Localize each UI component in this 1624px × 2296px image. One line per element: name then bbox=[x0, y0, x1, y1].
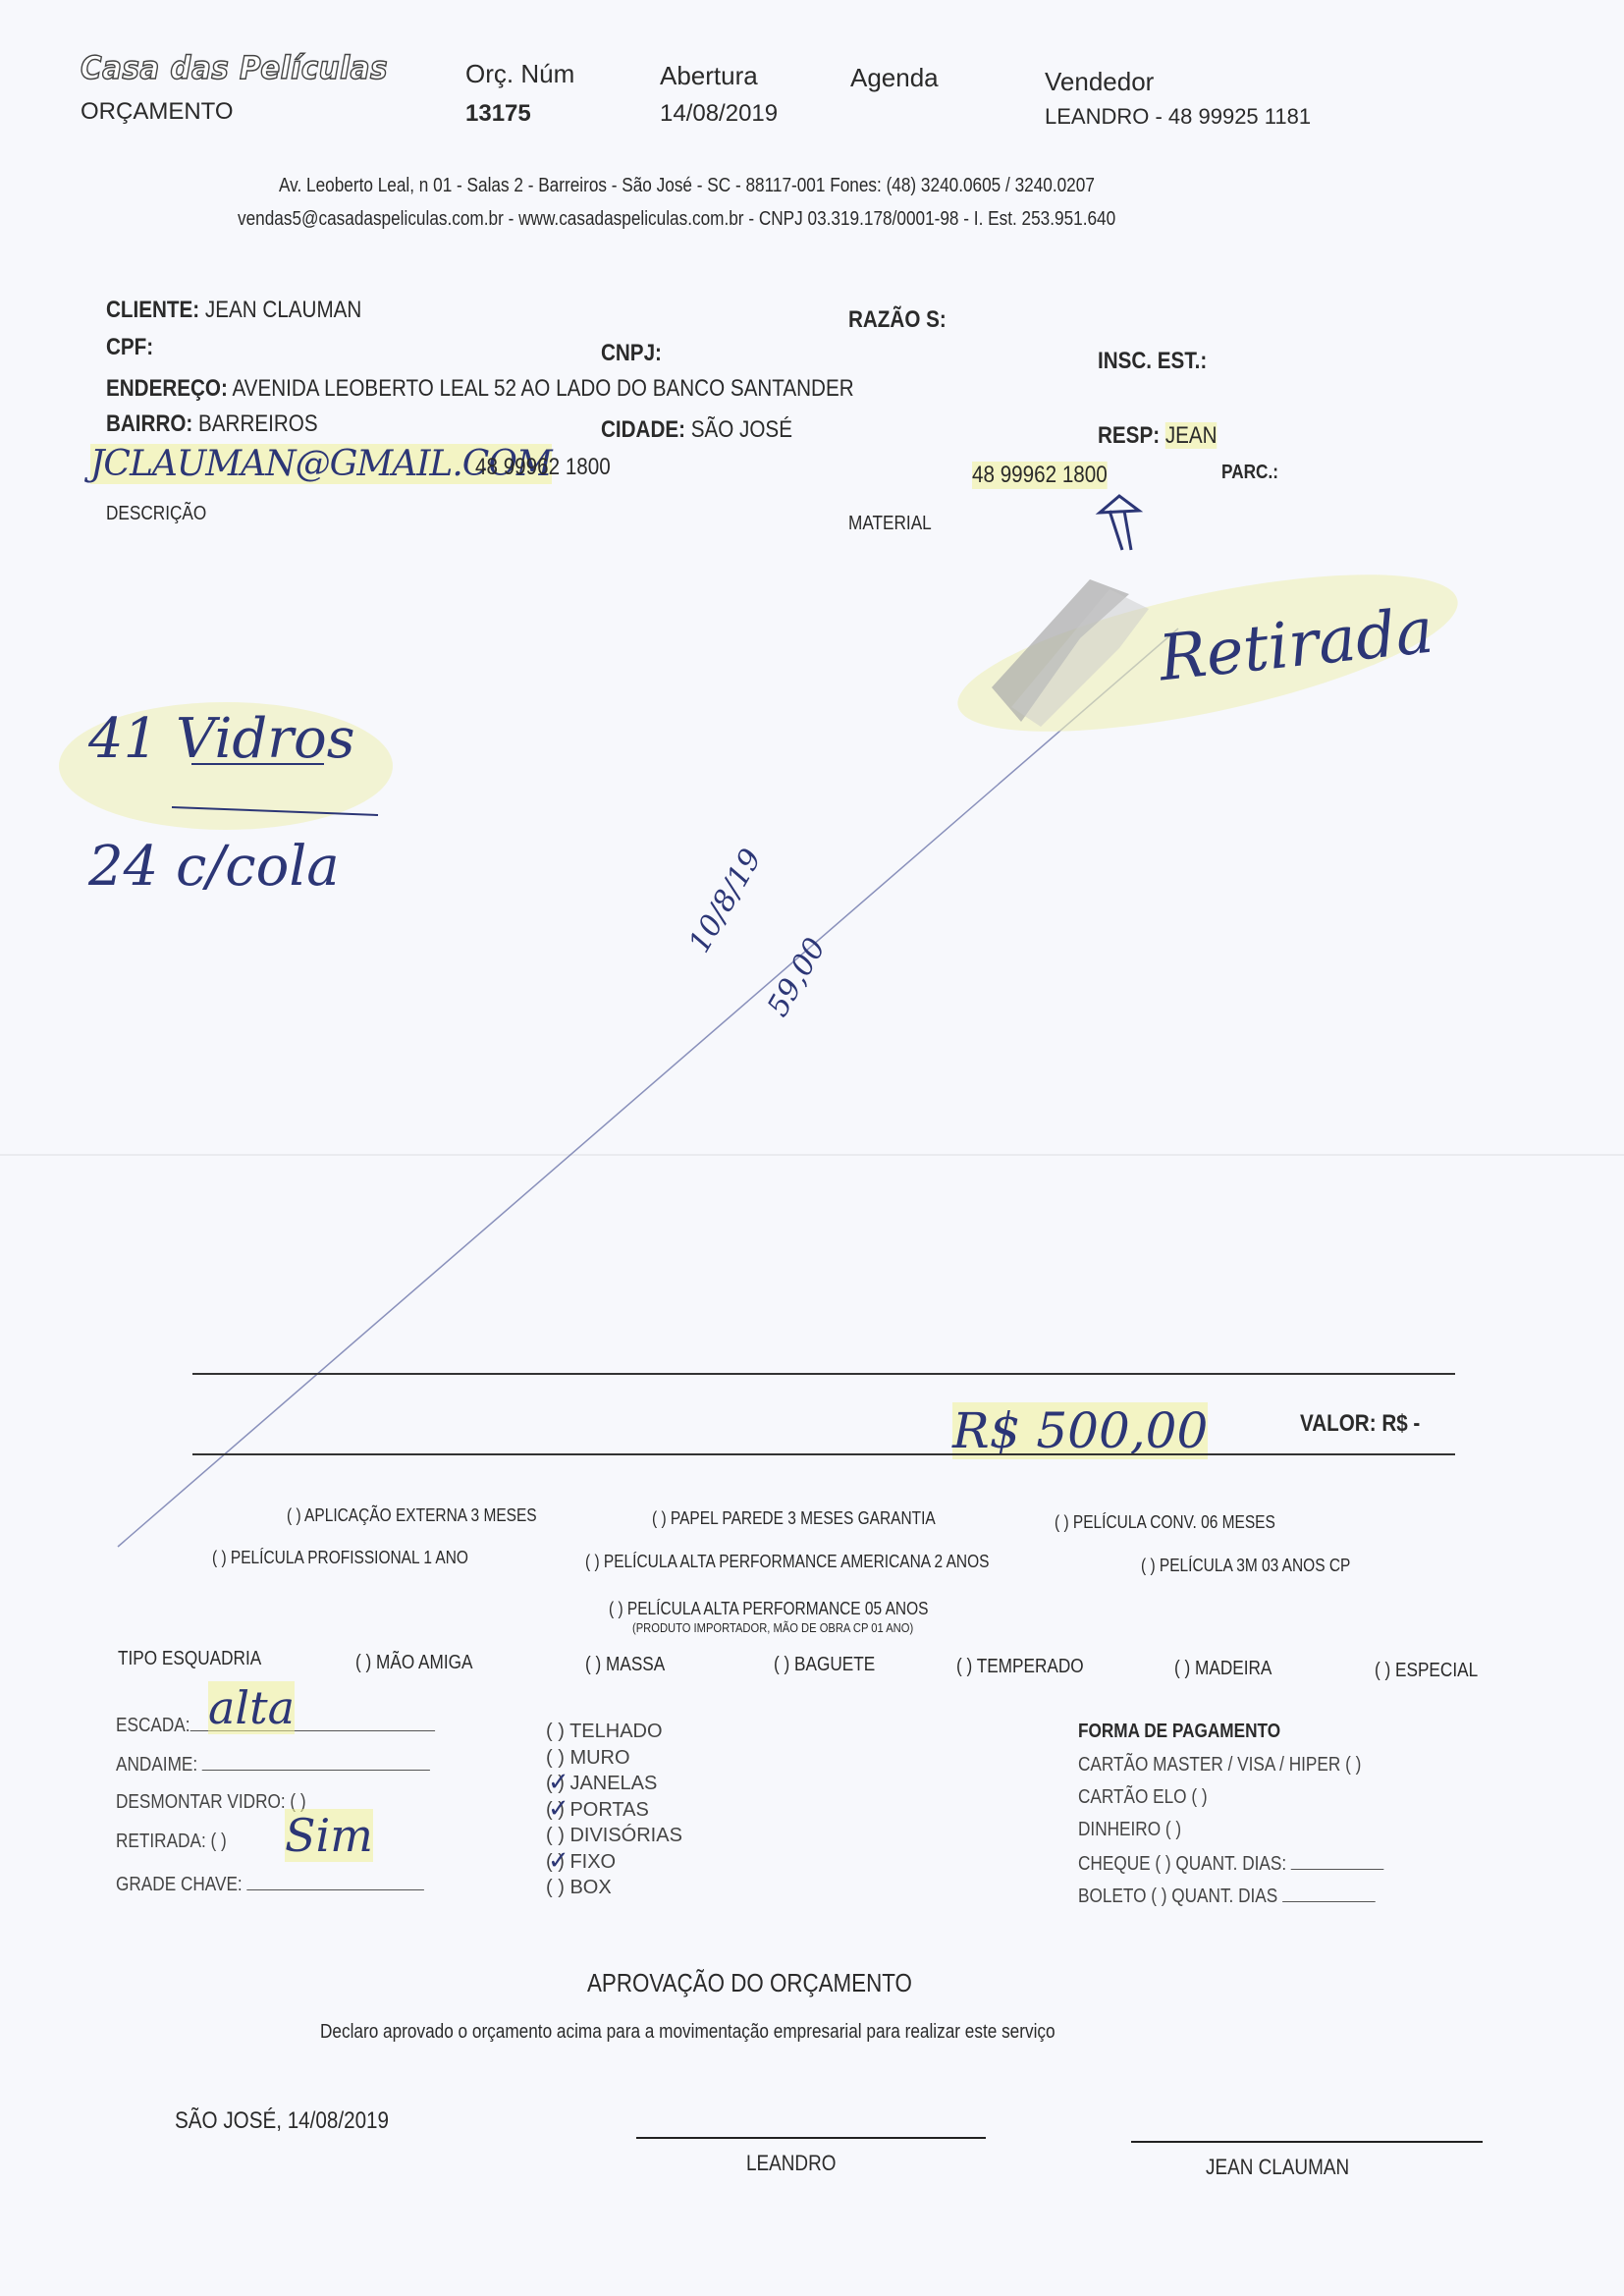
endereco-field: ENDEREÇO: AVENIDA LEOBERTO LEAL 52 AO LA… bbox=[106, 375, 854, 403]
local-fixo[interactable]: ( ) ✓FIXO bbox=[546, 1851, 616, 1874]
desc-line-2: 24 c/cola bbox=[88, 835, 340, 899]
service-pelicula-alta-05-note: (PRODUTO IMPORTADOR, MÃO DE OBRA CP 01 A… bbox=[632, 1620, 913, 1635]
phone-1: 48 99962 1800 bbox=[475, 454, 611, 481]
abertura-date: 14/08/2019 bbox=[660, 100, 778, 128]
local-label: JANELAS bbox=[569, 1773, 657, 1794]
retirada-field[interactable]: RETIRADA: ( ) bbox=[116, 1831, 227, 1853]
pagamento-cartao-elo[interactable]: CARTÃO ELO ( ) bbox=[1078, 1786, 1208, 1809]
resp-value: JEAN bbox=[1165, 422, 1218, 449]
bairro-field: BAIRRO: BARREIROS bbox=[106, 410, 318, 438]
service-pelicula-profissional[interactable]: ( ) PELÍCULA PROFISSIONAL 1 ANO bbox=[212, 1548, 468, 1568]
endereco-label: ENDEREÇO: bbox=[106, 375, 228, 402]
escada-handwritten: alta bbox=[208, 1681, 295, 1734]
esquadria-massa[interactable]: ( ) MASSA bbox=[585, 1654, 665, 1676]
local-box[interactable]: ( ) BOX bbox=[546, 1877, 612, 1899]
local-portas[interactable]: ( ) ✓PORTAS bbox=[546, 1799, 649, 1822]
company-address: Av. Leoberto Leal, n 01 - Salas 2 - Barr… bbox=[279, 175, 1095, 197]
cidade-label: CIDADE: bbox=[601, 416, 685, 443]
local-telhado[interactable]: ( ) TELHADO bbox=[546, 1721, 663, 1743]
service-pelicula-conv[interactable]: ( ) PELÍCULA CONV. 06 MESES bbox=[1055, 1512, 1275, 1533]
local-label: BOX bbox=[569, 1877, 611, 1898]
service-pelicula-3m[interactable]: ( ) PELÍCULA 3M 03 ANOS CP bbox=[1141, 1556, 1350, 1576]
desmontar-vidro-field[interactable]: DESMONTAR VIDRO: ( ) bbox=[116, 1791, 306, 1814]
resp-label: RESP: bbox=[1098, 422, 1160, 449]
cliente-label: CLIENTE: bbox=[106, 297, 199, 323]
esquadria-label: TIPO ESQUADRIA bbox=[118, 1648, 261, 1670]
service-aplicacao-externa[interactable]: ( ) APLICAÇÃO EXTERNA 3 MESES bbox=[287, 1505, 537, 1526]
aprovacao-text: Declaro aprovado o orçamento acima para … bbox=[320, 2021, 1056, 2044]
pagamento-boleto-label: BOLETO ( ) QUANT. DIAS bbox=[1078, 1886, 1277, 1907]
valor-line-bottom bbox=[192, 1453, 1455, 1455]
local-label: FIXO bbox=[569, 1851, 616, 1873]
abertura-label: Abertura bbox=[660, 61, 758, 91]
cidade-field: CIDADE: SÃO JOSÉ bbox=[601, 416, 792, 444]
local-label: PORTAS bbox=[569, 1799, 648, 1821]
cnpj-label: CNPJ: bbox=[601, 340, 662, 367]
signature-line-vendedor bbox=[636, 2137, 986, 2139]
checked-box-icon: ( ) ✓ bbox=[546, 1799, 569, 1821]
doc-type: ORÇAMENTO bbox=[81, 98, 234, 126]
pagamento-cheque[interactable]: CHEQUE ( ) QUANT. DIAS: bbox=[1078, 1851, 1384, 1876]
checked-box-icon: ( ) ✓ bbox=[546, 1851, 569, 1873]
valor-written: R$ 500,00 bbox=[952, 1402, 1208, 1459]
phone-2: 48 99962 1800 bbox=[972, 462, 1108, 489]
empty-box-icon: ( ) bbox=[546, 1877, 569, 1898]
endereco-value: AVENIDA LEOBERTO LEAL 52 AO LADO DO BANC… bbox=[232, 375, 853, 402]
resp-field: RESP: JEAN bbox=[1098, 422, 1218, 450]
vendedor: LEANDRO - 48 99925 1181 bbox=[1045, 104, 1311, 130]
esquadria-especial[interactable]: ( ) ESPECIAL bbox=[1375, 1660, 1478, 1682]
valor-line-top bbox=[192, 1373, 1455, 1375]
service-pelicula-alta-05[interactable]: ( ) PELÍCULA ALTA PERFORMANCE 05 ANOS bbox=[609, 1599, 928, 1619]
pagamento-title: FORMA DE PAGAMENTO bbox=[1078, 1721, 1280, 1743]
material-label: MATERIAL bbox=[848, 513, 932, 535]
desc-line-1: 41 Vidros bbox=[88, 707, 355, 771]
pagamento-cheque-label: CHEQUE ( ) QUANT. DIAS: bbox=[1078, 1853, 1286, 1875]
empty-box-icon: ( ) bbox=[546, 1721, 569, 1742]
place-date: SÃO JOSÉ, 14/08/2019 bbox=[175, 2107, 389, 2135]
andaime-label: ANDAIME: bbox=[116, 1754, 197, 1776]
cliente-field: CLIENTE: JEAN CLAUMAN bbox=[106, 297, 361, 324]
signer-vendedor: LEANDRO bbox=[746, 2151, 836, 2176]
esquadria-temperado[interactable]: ( ) TEMPERADO bbox=[956, 1656, 1084, 1678]
vendedor-label: Vendedor bbox=[1045, 67, 1154, 97]
service-pelicula-americana[interactable]: ( ) PELÍCULA ALTA PERFORMANCE AMERICANA … bbox=[585, 1552, 989, 1572]
local-label: TELHADO bbox=[569, 1721, 662, 1742]
razao-label: RAZÃO S: bbox=[848, 306, 947, 334]
grade-chave-field[interactable]: GRADE CHAVE: bbox=[116, 1872, 424, 1896]
grade-chave-label: GRADE CHAVE: bbox=[116, 1874, 243, 1895]
esquadria-baguete[interactable]: ( ) BAGUETE bbox=[774, 1654, 875, 1676]
aprovacao-title: APROVAÇÃO DO ORÇAMENTO bbox=[587, 1968, 912, 1998]
retirada-handwritten: Sim bbox=[285, 1809, 373, 1862]
andaime-field[interactable]: ANDAIME: bbox=[116, 1752, 430, 1777]
pagamento-cartao-master[interactable]: CARTÃO MASTER / VISA / HIPER ( ) bbox=[1078, 1754, 1361, 1777]
pagamento-dinheiro[interactable]: DINHEIRO ( ) bbox=[1078, 1819, 1181, 1841]
agenda-label: Agenda bbox=[850, 63, 939, 93]
local-label: DIVISÓRIAS bbox=[569, 1825, 681, 1846]
local-label: MURO bbox=[569, 1747, 629, 1769]
orc-num-label: Orç. Núm bbox=[465, 59, 574, 89]
brand-logo: Casa das Películas bbox=[81, 49, 388, 86]
cliente-value: JEAN CLAUMAN bbox=[205, 297, 361, 323]
insc-label: INSC. EST.: bbox=[1098, 348, 1207, 375]
cpf-label: CPF: bbox=[106, 334, 153, 361]
signer-cliente: JEAN CLAUMAN bbox=[1206, 2155, 1349, 2180]
escada-label: ESCADA: bbox=[116, 1715, 190, 1736]
empty-box-icon: ( ) bbox=[546, 1747, 569, 1769]
check-mark-icon: ✓ bbox=[548, 1793, 569, 1824]
cidade-value: SÃO JOSÉ bbox=[691, 416, 792, 443]
esquadria-mao-amiga[interactable]: ( ) MÃO AMIGA bbox=[355, 1652, 472, 1674]
pagamento-boleto[interactable]: BOLETO ( ) QUANT. DIAS bbox=[1078, 1884, 1376, 1908]
esquadria-madeira[interactable]: ( ) MADEIRA bbox=[1174, 1658, 1272, 1680]
company-contact: vendas5@casadaspeliculas.com.br - www.ca… bbox=[238, 208, 1115, 231]
empty-box-icon: ( ) bbox=[546, 1825, 569, 1846]
valor-label: VALOR: R$ - bbox=[1300, 1410, 1420, 1438]
signature-line-cliente[interactable] bbox=[1131, 2141, 1483, 2143]
handwritten-strokes bbox=[0, 0, 1624, 2296]
descricao-label: DESCRIÇÃO bbox=[106, 503, 206, 525]
bairro-value: BARREIROS bbox=[198, 410, 318, 437]
checked-box-icon: ( ) ✓ bbox=[546, 1773, 569, 1794]
orc-num: 13175 bbox=[465, 100, 531, 128]
bairro-label: BAIRRO: bbox=[106, 410, 192, 437]
check-mark-icon: ✓ bbox=[548, 1845, 569, 1876]
service-papel-parede[interactable]: ( ) PAPEL PAREDE 3 MESES GARANTIA bbox=[652, 1508, 936, 1529]
parc-label: PARC.: bbox=[1221, 462, 1278, 484]
